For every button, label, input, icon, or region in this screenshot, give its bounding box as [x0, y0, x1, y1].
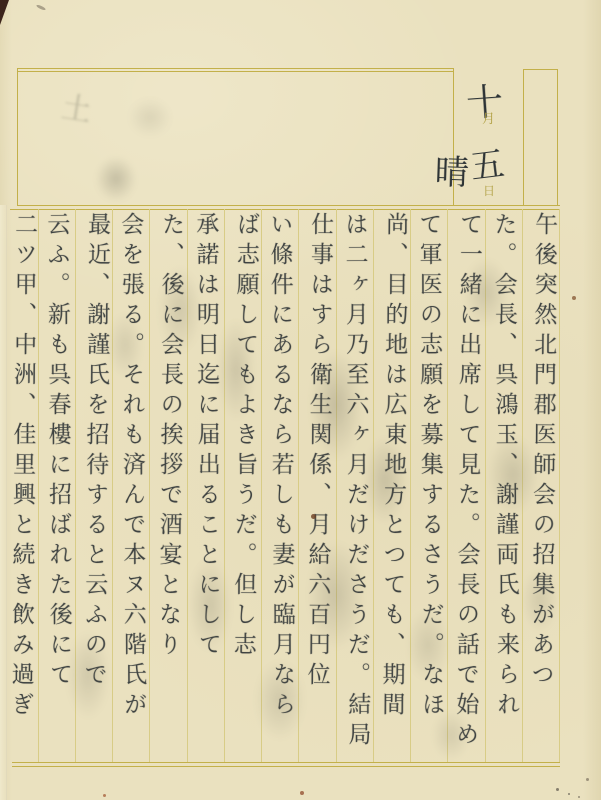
fox-spot: [311, 514, 316, 519]
text-column: 二ツ甲、中洲、佳里興と続き飲み過ぎた。: [1, 212, 42, 778]
fox-spot: [103, 794, 106, 797]
ink-stain: [398, 595, 458, 695]
rule-line-horizontal: [17, 68, 453, 69]
ink-stain: [58, 615, 118, 735]
speck: [568, 793, 570, 795]
speck: [556, 788, 559, 791]
ink-stain: [296, 520, 376, 670]
ink-stain: [150, 250, 210, 370]
day-value: 五: [467, 136, 507, 189]
speck: [578, 796, 580, 798]
fox-spot: [300, 791, 304, 795]
bleed-through-ghost-character: 土: [59, 82, 96, 130]
text-column: 会を張る。それも済んで本ヌ六階氏が: [111, 212, 151, 778]
diary-page: 十 月 五 日 晴 午後突然北門郡医師会の招集があつ た。会長、呉鴻玉、謝謹両氏…: [0, 0, 601, 800]
day-printed-label: 日: [483, 182, 495, 199]
rule-line-vertical: [17, 68, 18, 206]
ink-stain: [100, 300, 150, 390]
rule-line-horizontal: [17, 205, 560, 206]
ink-stain: [425, 700, 477, 770]
corner-tear-mark: [0, 0, 9, 25]
month-printed-label: 月: [482, 108, 495, 127]
rule-line-horizontal: [523, 69, 558, 70]
rule-line-horizontal: [10, 209, 560, 210]
speck: [36, 4, 46, 11]
rule-line-horizontal: [17, 71, 453, 72]
ink-stain: [455, 245, 517, 340]
rule-line-vertical: [523, 69, 524, 206]
ink-stain: [478, 420, 548, 530]
rule-line-vertical: [557, 69, 558, 206]
fox-spot: [572, 296, 576, 300]
speck: [586, 778, 589, 781]
ink-stain: [88, 148, 144, 210]
ink-stain: [355, 420, 415, 540]
ink-stain: [245, 645, 315, 755]
ink-stain: [120, 90, 180, 145]
weather-value: 晴: [434, 144, 470, 194]
ink-stain: [180, 540, 240, 670]
ink-stain: [210, 300, 262, 440]
ink-stain: [515, 555, 565, 645]
